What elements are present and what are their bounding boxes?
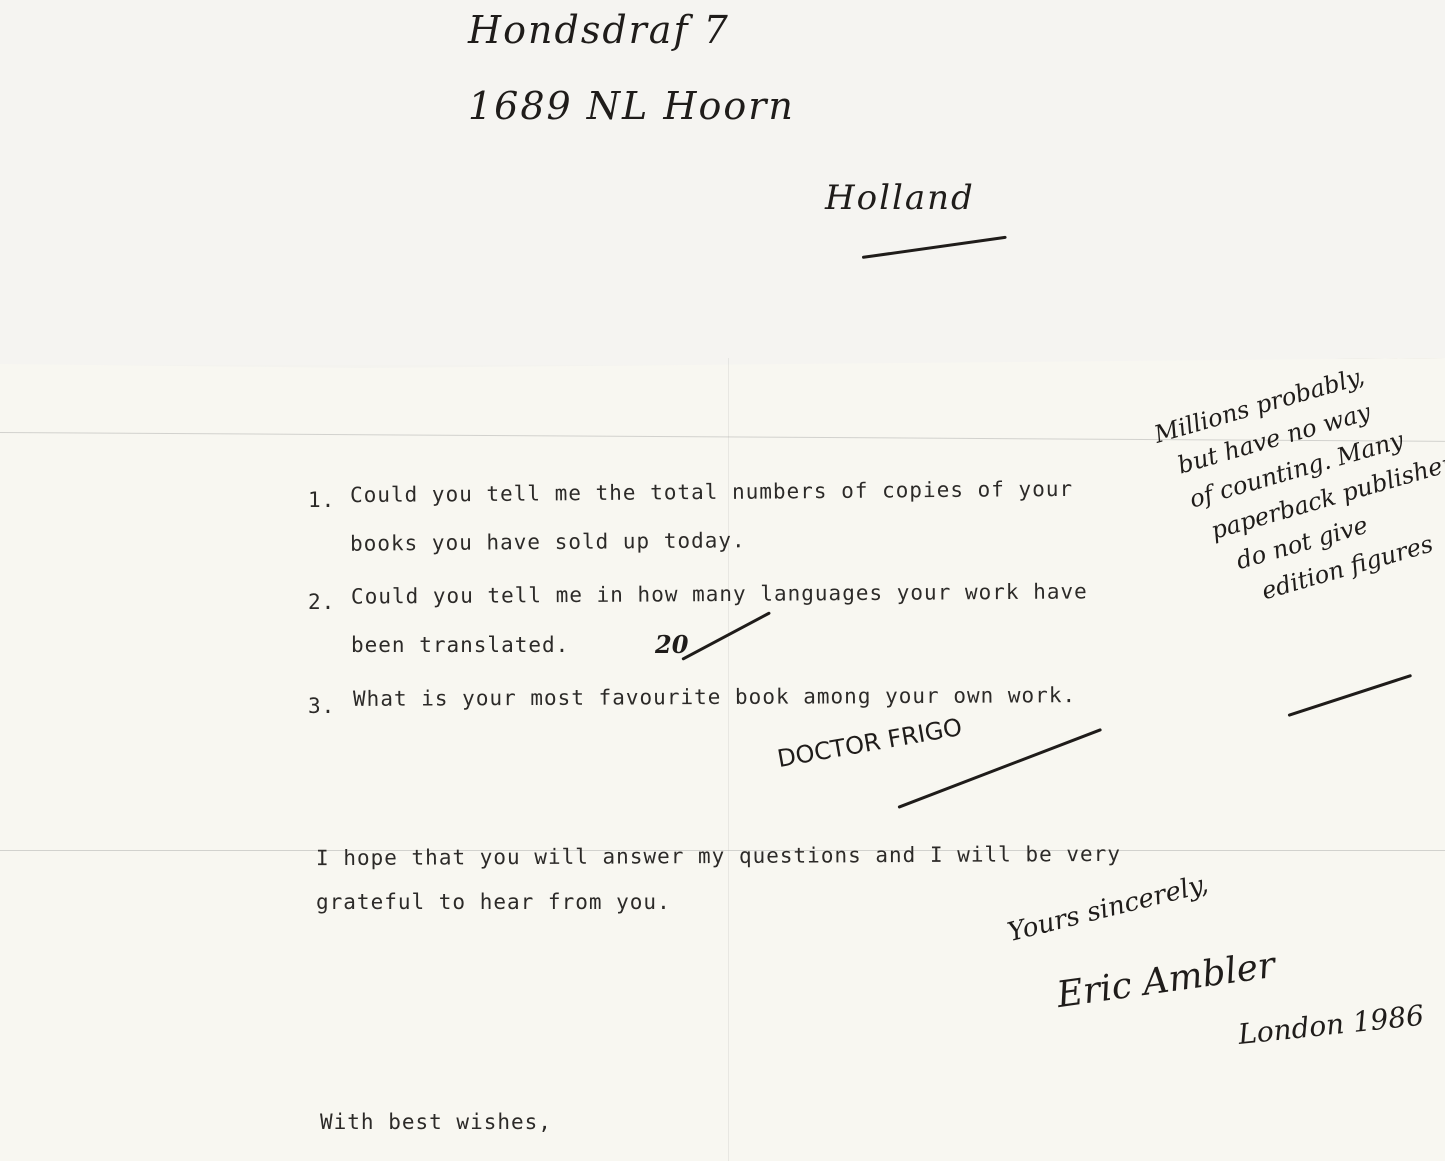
question-number: 1.: [308, 488, 335, 512]
question-text: Could you tell me in how many languages …: [351, 579, 1088, 608]
question-number: 3.: [308, 694, 335, 718]
address-street: Hondsdraf 7: [468, 8, 730, 52]
fold-line-vertical: [728, 358, 729, 1161]
question-number: 2.: [308, 590, 335, 614]
address-country: Holland: [825, 178, 975, 218]
question-text: books you have sold up today.: [350, 528, 746, 555]
handwritten-answer-languages: 20: [655, 630, 688, 659]
closing-text: grateful to hear from you.: [316, 890, 671, 914]
question-text: been translated.: [351, 633, 569, 657]
top-sheet: Hondsdraf 7 1689 NL Hoorn Holland: [0, 0, 1445, 365]
question-text: What is your most favourite book among y…: [353, 683, 1076, 711]
typed-closing: With best wishes,: [320, 1110, 552, 1134]
country-underline: [862, 236, 1007, 259]
address-postcode-city: 1689 NL Hoorn: [468, 84, 795, 128]
closing-text: I hope that you will answer my questions…: [316, 842, 1121, 870]
